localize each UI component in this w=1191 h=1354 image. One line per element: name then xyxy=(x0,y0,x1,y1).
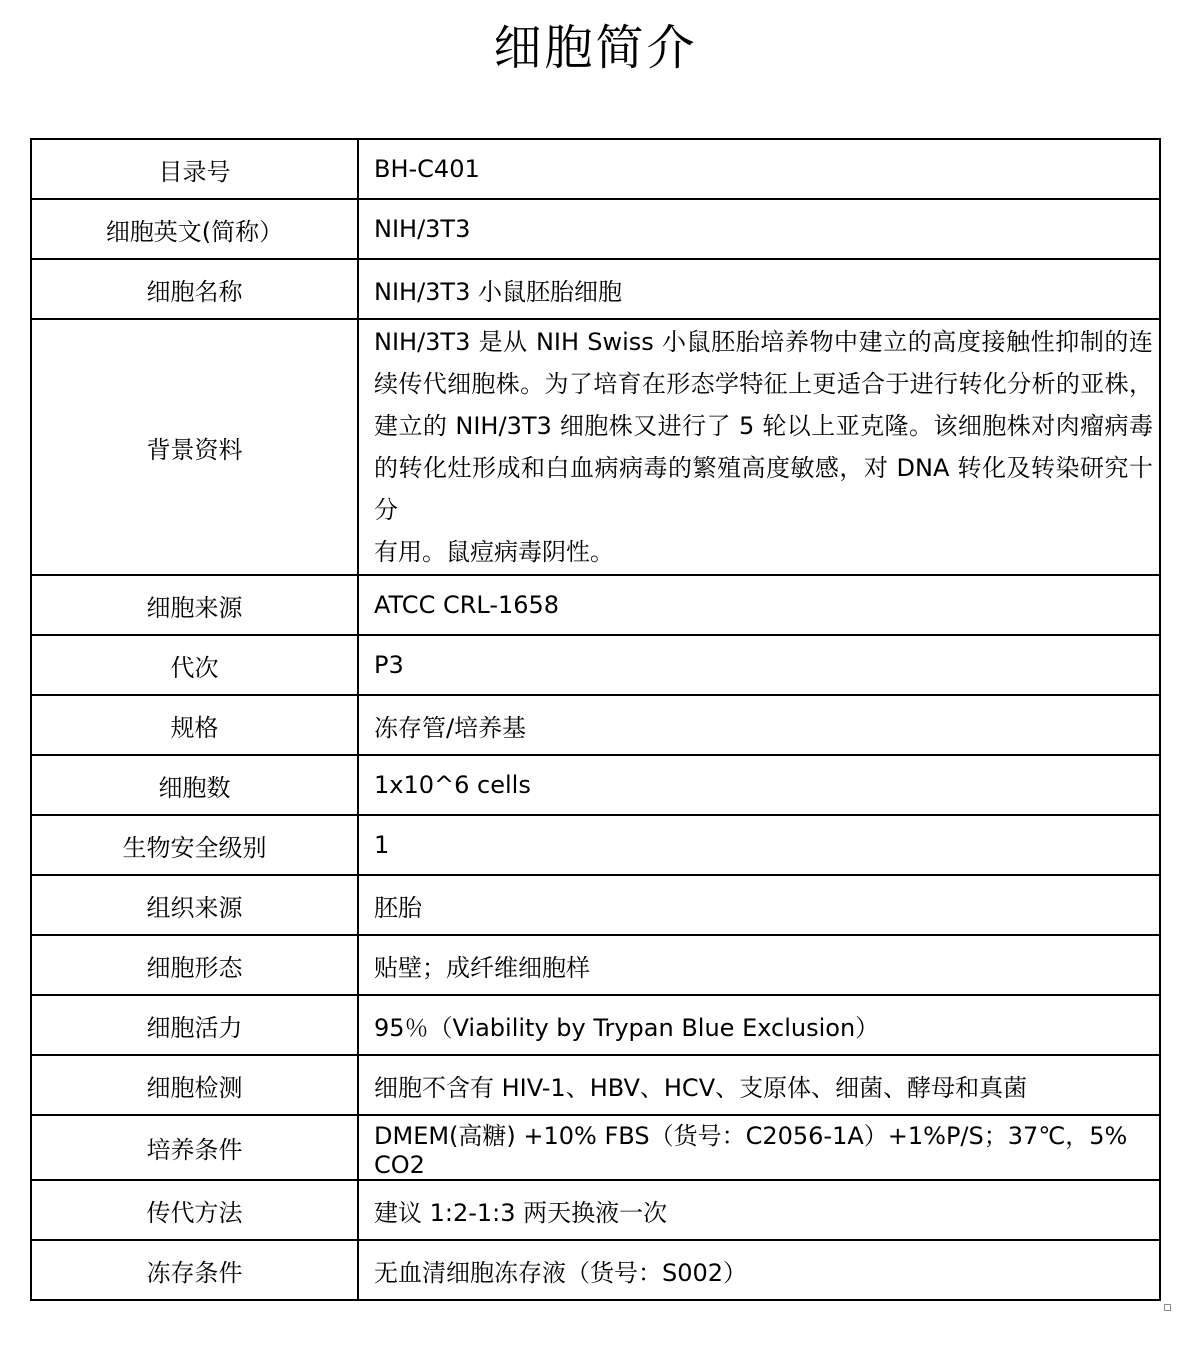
row-label: 传代方法 xyxy=(31,1180,358,1240)
row-value: 冻存管/培养基 xyxy=(358,695,1160,755)
row-label: 背景资料 xyxy=(31,319,358,575)
row-value: 贴壁；成纤维细胞样 xyxy=(358,935,1160,995)
cell-info-table: 目录号BH-C401细胞英文(简称）NIH/3T3细胞名称NIH/3T3 小鼠胚… xyxy=(30,138,1161,1301)
document-page: 细胞简介 目录号BH-C401细胞英文(简称）NIH/3T3细胞名称NIH/3T… xyxy=(0,0,1191,1301)
table-row: 培养条件DMEM(高糖) +10% FBS（货号：C2056-1A）+1%P/S… xyxy=(31,1115,1160,1180)
background-text-line: 续传代细胞株。为了培育在形态学特征上更适合于进行转化分析的亚株， xyxy=(374,363,1153,405)
row-label: 生物安全级别 xyxy=(31,815,358,875)
table-resize-handle[interactable] xyxy=(1164,1304,1171,1311)
row-value: 95％（Viability by Trypan Blue Exclusion） xyxy=(358,995,1160,1055)
table-row: 背景资料NIH/3T3 是从 NIH Swiss 小鼠胚胎培养物中建立的高度接触… xyxy=(31,319,1160,575)
table-row: 代次P3 xyxy=(31,635,1160,695)
row-value: 1x10^6 cells xyxy=(358,755,1160,815)
spec-table-body: 目录号BH-C401细胞英文(简称）NIH/3T3细胞名称NIH/3T3 小鼠胚… xyxy=(31,139,1160,1300)
table-row: 规格冻存管/培养基 xyxy=(31,695,1160,755)
row-value: DMEM(高糖) +10% FBS（货号：C2056-1A）+1%P/S；37℃… xyxy=(358,1115,1160,1180)
row-label: 细胞名称 xyxy=(31,259,358,319)
table-row: 细胞名称NIH/3T3 小鼠胚胎细胞 xyxy=(31,259,1160,319)
row-label: 细胞英文(简称） xyxy=(31,199,358,259)
row-value: 细胞不含有 HIV-1、HBV、HCV、支原体、细菌、酵母和真菌 xyxy=(358,1055,1160,1115)
row-value: P3 xyxy=(358,635,1160,695)
row-value: NIH/3T3 是从 NIH Swiss 小鼠胚胎培养物中建立的高度接触性抑制的… xyxy=(358,319,1160,575)
row-label: 细胞形态 xyxy=(31,935,358,995)
background-text-line: 建立的 NIH/3T3 细胞株又进行了 5 轮以上亚克隆。该细胞株对肉瘤病毒 xyxy=(374,405,1153,447)
background-text-line: NIH/3T3 是从 NIH Swiss 小鼠胚胎培养物中建立的高度接触性抑制的… xyxy=(374,321,1153,363)
table-row: 细胞英文(简称）NIH/3T3 xyxy=(31,199,1160,259)
row-value: 胚胎 xyxy=(358,875,1160,935)
row-label: 细胞数 xyxy=(31,755,358,815)
row-value: ATCC CRL-1658 xyxy=(358,575,1160,635)
row-value: NIH/3T3 小鼠胚胎细胞 xyxy=(358,259,1160,319)
table-row: 目录号BH-C401 xyxy=(31,139,1160,199)
row-label: 代次 xyxy=(31,635,358,695)
row-label: 细胞活力 xyxy=(31,995,358,1055)
table-row: 组织来源胚胎 xyxy=(31,875,1160,935)
row-value: 建议 1:2-1:3 两天换液一次 xyxy=(358,1180,1160,1240)
table-row: 生物安全级别1 xyxy=(31,815,1160,875)
table-row: 传代方法建议 1:2-1:3 两天换液一次 xyxy=(31,1180,1160,1240)
row-label: 目录号 xyxy=(31,139,358,199)
row-label: 组织来源 xyxy=(31,875,358,935)
table-row: 细胞形态贴壁；成纤维细胞样 xyxy=(31,935,1160,995)
row-label: 细胞来源 xyxy=(31,575,358,635)
row-label: 细胞检测 xyxy=(31,1055,358,1115)
table-row: 细胞数1x10^6 cells xyxy=(31,755,1160,815)
background-text-line: 的转化灶形成和白血病病毒的繁殖高度敏感，对 DNA 转化及转染研究十分 xyxy=(374,447,1153,531)
background-text-line: 有用。鼠痘病毒阴性。 xyxy=(374,531,1153,573)
row-label: 规格 xyxy=(31,695,358,755)
cell-info-table-container: 目录号BH-C401细胞英文(简称）NIH/3T3细胞名称NIH/3T3 小鼠胚… xyxy=(30,138,1161,1301)
table-row: 细胞来源ATCC CRL-1658 xyxy=(31,575,1160,635)
row-value: BH-C401 xyxy=(358,139,1160,199)
row-label: 培养条件 xyxy=(31,1115,358,1180)
table-row: 冻存条件无血清细胞冻存液（货号：S002） xyxy=(31,1240,1160,1300)
row-value: 1 xyxy=(358,815,1160,875)
row-label: 冻存条件 xyxy=(31,1240,358,1300)
table-row: 细胞检测细胞不含有 HIV-1、HBV、HCV、支原体、细菌、酵母和真菌 xyxy=(31,1055,1160,1115)
row-value: 无血清细胞冻存液（货号：S002） xyxy=(358,1240,1160,1300)
page-title: 细胞简介 xyxy=(0,0,1191,78)
table-row: 细胞活力95％（Viability by Trypan Blue Exclusi… xyxy=(31,995,1160,1055)
row-value: NIH/3T3 xyxy=(358,199,1160,259)
